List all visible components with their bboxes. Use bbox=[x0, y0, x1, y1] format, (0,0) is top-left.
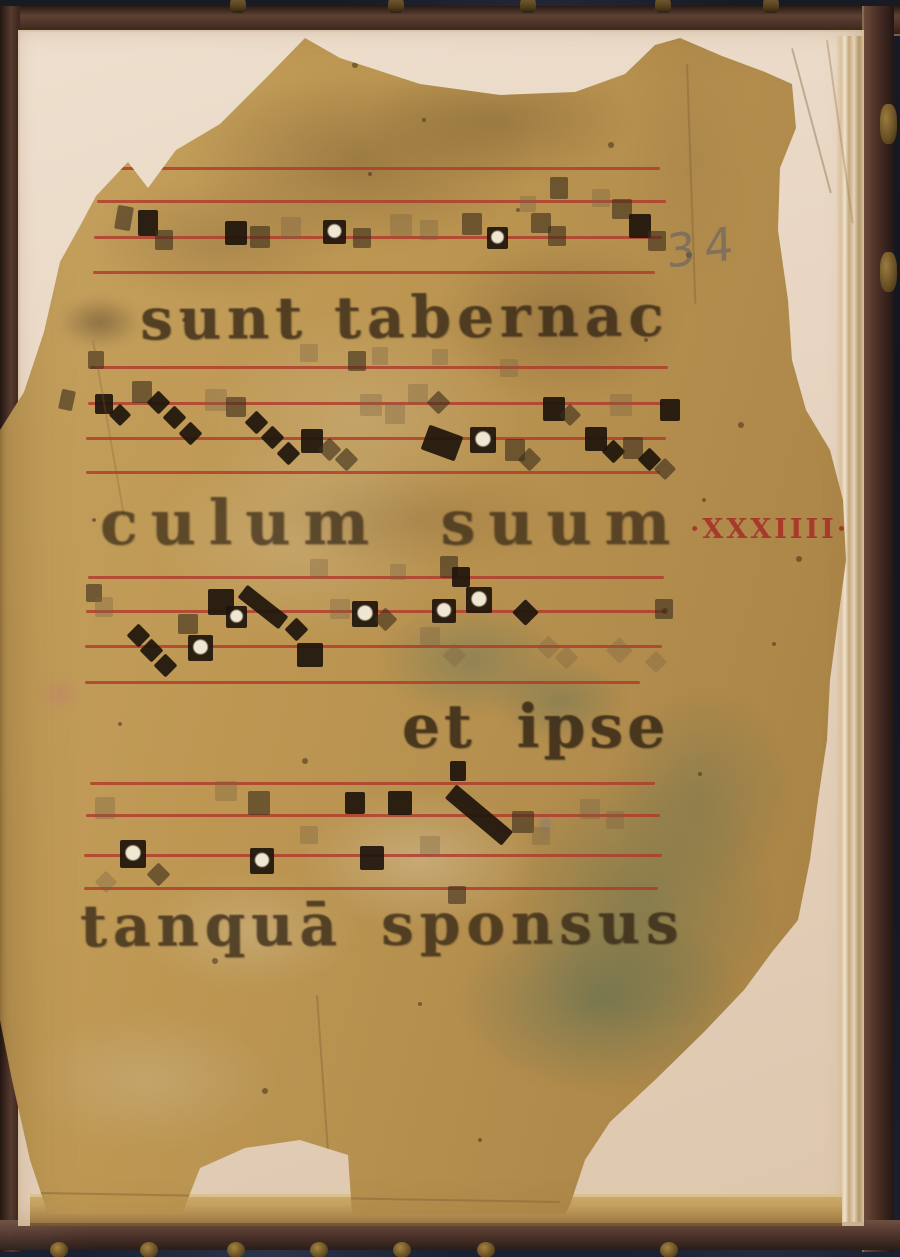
stain-blob bbox=[20, 1010, 280, 1150]
neume bbox=[281, 217, 301, 239]
staff-2-red-line bbox=[86, 471, 660, 474]
neume bbox=[645, 651, 668, 674]
brass-clasp-right bbox=[880, 104, 897, 144]
fly-speck bbox=[418, 1002, 422, 1006]
neume bbox=[250, 226, 270, 248]
chant-text-line-4: tanquā sponsus bbox=[80, 889, 685, 960]
fly-speck bbox=[422, 118, 426, 122]
staff-2-red-line bbox=[90, 366, 668, 369]
neume bbox=[162, 405, 186, 429]
neume bbox=[548, 226, 566, 246]
neume bbox=[225, 221, 247, 245]
neume bbox=[95, 597, 113, 617]
neume bbox=[353, 228, 371, 248]
staff-3-red-line bbox=[85, 681, 640, 684]
neume bbox=[248, 791, 270, 815]
neume bbox=[606, 637, 633, 664]
staff-4-red-line bbox=[86, 814, 660, 817]
neume bbox=[452, 567, 470, 587]
neume bbox=[352, 601, 378, 627]
neume bbox=[390, 564, 406, 580]
fly-speck bbox=[702, 498, 706, 502]
neume bbox=[592, 189, 610, 207]
fly-speck bbox=[368, 172, 372, 176]
fly-speck bbox=[608, 142, 614, 148]
brass-stud-bottom bbox=[140, 1242, 158, 1257]
neume bbox=[153, 653, 177, 677]
chant-text-line-2: culum suum bbox=[100, 486, 683, 559]
folio-number-red-roman: ·XXXIIII· bbox=[690, 514, 849, 545]
fly-speck bbox=[118, 722, 122, 726]
neume bbox=[178, 421, 202, 445]
brass-stud-bottom bbox=[227, 1242, 245, 1257]
fly-speck bbox=[516, 208, 520, 212]
neume bbox=[310, 559, 328, 577]
neume bbox=[250, 848, 274, 874]
neume bbox=[432, 599, 456, 623]
fly-speck bbox=[772, 642, 776, 646]
staff-3-red-line bbox=[85, 645, 662, 648]
neume bbox=[330, 599, 350, 619]
staff-4-red-line bbox=[90, 782, 655, 785]
neume bbox=[215, 781, 237, 801]
fly-speck bbox=[478, 1138, 482, 1142]
neume bbox=[205, 389, 227, 411]
staff-1-red-line bbox=[93, 271, 655, 274]
brass-boss-top bbox=[655, 0, 671, 13]
neume bbox=[420, 836, 440, 856]
brass-boss-top bbox=[520, 0, 536, 13]
staff-1-red-line bbox=[97, 200, 666, 203]
staff-3-red-line bbox=[88, 576, 664, 579]
neume bbox=[462, 213, 482, 235]
neume bbox=[390, 214, 412, 236]
neume bbox=[408, 384, 428, 404]
neume bbox=[420, 627, 440, 647]
brass-boss-top bbox=[763, 0, 779, 13]
neume bbox=[360, 846, 384, 870]
stain-blob bbox=[90, 180, 350, 300]
brass-stud-bottom bbox=[393, 1242, 411, 1257]
brass-stud-bottom bbox=[50, 1242, 68, 1257]
neume bbox=[487, 227, 508, 249]
neume bbox=[470, 427, 496, 453]
neume bbox=[388, 791, 412, 815]
neume bbox=[550, 177, 568, 199]
neume bbox=[580, 799, 600, 819]
fly-speck bbox=[698, 772, 702, 776]
neume bbox=[432, 349, 448, 365]
neume bbox=[95, 797, 115, 819]
brass-boss-top bbox=[388, 0, 404, 13]
fly-speck bbox=[662, 608, 668, 614]
neume bbox=[226, 397, 246, 417]
neume bbox=[648, 231, 666, 251]
manuscript-photo: sunt tabernac culum suum et ipse tanquā … bbox=[0, 0, 900, 1257]
neume bbox=[606, 811, 624, 829]
neume bbox=[120, 840, 146, 868]
folio-number-pencil: 34 bbox=[666, 215, 743, 279]
staff-1-red-line bbox=[94, 236, 662, 239]
fly-speck bbox=[262, 1088, 268, 1094]
neume bbox=[348, 351, 366, 371]
fly-speck bbox=[302, 758, 308, 764]
brass-stud-bottom bbox=[477, 1242, 495, 1257]
neume bbox=[300, 826, 318, 844]
neume bbox=[360, 394, 382, 416]
neume bbox=[520, 196, 536, 212]
neume bbox=[146, 862, 170, 886]
chant-text-line-3: et ipse bbox=[402, 692, 669, 762]
stain-blob bbox=[38, 678, 82, 710]
neume bbox=[297, 643, 323, 667]
fly-speck bbox=[92, 518, 96, 522]
neume bbox=[532, 827, 550, 845]
neume bbox=[610, 394, 632, 416]
neume bbox=[58, 389, 76, 411]
neume bbox=[385, 404, 405, 424]
staff-1-red-line bbox=[100, 167, 660, 170]
neume bbox=[450, 761, 466, 781]
brass-boss-top bbox=[230, 0, 246, 13]
neume bbox=[345, 792, 365, 814]
brass-clasp-right bbox=[880, 252, 897, 292]
neume bbox=[226, 606, 247, 628]
fly-speck bbox=[738, 422, 744, 428]
binding-frame-right bbox=[862, 6, 894, 1252]
stain-blob bbox=[60, 297, 140, 347]
neume bbox=[420, 220, 438, 240]
neume bbox=[323, 220, 346, 244]
neume bbox=[512, 811, 534, 833]
brass-stud-bottom bbox=[660, 1242, 678, 1257]
brass-stud-bottom bbox=[310, 1242, 328, 1257]
neume bbox=[188, 635, 213, 661]
neume bbox=[500, 359, 518, 377]
neume bbox=[660, 399, 680, 421]
neume bbox=[155, 230, 173, 250]
staff-2-red-line bbox=[86, 437, 666, 440]
fly-speck bbox=[796, 556, 802, 562]
chant-text-line-1: sunt tabernac bbox=[140, 281, 670, 353]
neume bbox=[466, 587, 492, 613]
neume bbox=[178, 614, 198, 634]
